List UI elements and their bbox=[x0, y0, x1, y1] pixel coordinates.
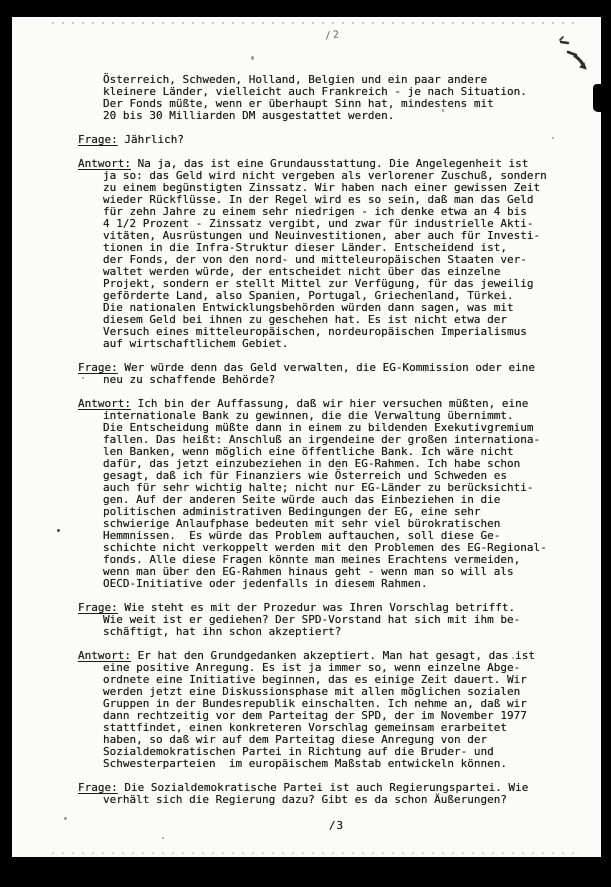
margin-dot bbox=[57, 529, 60, 532]
doc-line: schäftigt, hat ihn schon akzeptiert? bbox=[103, 626, 570, 638]
scan-speck bbox=[552, 137, 554, 139]
doc-line: auf wirtschaftlichem Gebiet. bbox=[103, 338, 570, 350]
answer-block: Antwort: Na ja, das ist eine Grundaussta… bbox=[78, 158, 570, 350]
qa-label: Frage: bbox=[78, 133, 118, 146]
margin-dot bbox=[64, 817, 67, 820]
scan-speck bbox=[512, 657, 514, 659]
doc-line: Frage: Jährlich? bbox=[103, 134, 570, 146]
doc-line: Schwesterparteien im europäischem Maßsta… bbox=[103, 758, 570, 770]
document-body: Österreich, Schweden, Holland, Belgien u… bbox=[78, 74, 570, 832]
paper-page: /2 Österreich, Schweden, Holland, Belgie… bbox=[12, 17, 601, 857]
scan-speck bbox=[162, 837, 164, 839]
question-block: Frage: Die Sozialdemokratische Partei is… bbox=[78, 782, 570, 806]
doc-line: OECD-Initiative oder jedenfalls in diese… bbox=[103, 578, 570, 590]
page-number-top: /2 bbox=[325, 29, 342, 41]
doc-line: 20 bis 30 Milliarden DM ausgestattet wer… bbox=[103, 110, 570, 122]
scan-speck bbox=[251, 56, 254, 60]
page-number-bottom: /3 bbox=[78, 820, 570, 832]
doc-line: neu zu schaffende Behörde? bbox=[103, 374, 570, 386]
scan-speck bbox=[442, 109, 444, 112]
continued-paragraph: Österreich, Schweden, Holland, Belgien u… bbox=[78, 74, 570, 122]
handwritten-pen-mark bbox=[547, 32, 595, 80]
question-block: Frage: Wer würde denn das Geld verwalten… bbox=[78, 362, 570, 386]
scan-artifact-line-top bbox=[52, 22, 581, 24]
scan-edge-blob bbox=[593, 84, 603, 112]
answer-block: Antwort: Er hat den Grundgedanken akzept… bbox=[78, 650, 570, 770]
answer-block: Antwort: Ich bin der Auffassung, daß wir… bbox=[78, 398, 570, 590]
question-block: Frage: Jährlich? bbox=[78, 134, 570, 146]
question-block: Frage: Wie steht es mit der Prozedur was… bbox=[78, 602, 570, 638]
scan-speck bbox=[82, 377, 84, 379]
doc-line: verhält sich die Regierung dazu? Gibt es… bbox=[103, 794, 570, 806]
scanned-document: { "page": { "top_page_marker": "/2", "bo… bbox=[0, 0, 611, 887]
scan-artifact-line-bottom bbox=[52, 852, 581, 854]
